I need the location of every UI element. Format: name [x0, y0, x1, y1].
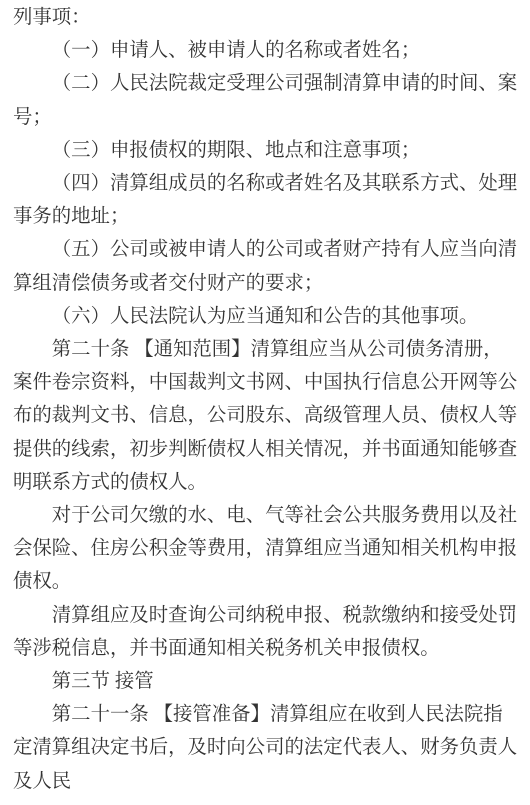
paragraph-article-21: 第二十一条 【接管准备】清算组应在收到人民法院指定清算组决定书后，及时向公司的法… — [13, 698, 519, 798]
paragraph-item-3: （三）申报债权的期限、地点和注意事项； — [13, 134, 519, 167]
document-body: 列事项： （一）申请人、被申请人的名称或者姓名； （二）人民法院裁定受理公司强制… — [13, 1, 519, 798]
paragraph-item-2: （二）人民法院裁定受理公司强制清算申请的时间、案号； — [13, 67, 519, 133]
section-heading-3: 第三节 接管 — [13, 665, 519, 698]
paragraph-item-1: （一）申请人、被申请人的名称或者姓名； — [13, 34, 519, 67]
paragraph-continuation: 列事项： — [13, 1, 519, 34]
document-page: 列事项： （一）申请人、被申请人的名称或者姓名； （二）人民法院裁定受理公司强制… — [0, 0, 530, 805]
paragraph-article-20: 第二十条 【通知范围】清算组应当从公司债务清册，案件卷宗资料，中国裁判文书网、中… — [13, 333, 519, 499]
paragraph-item-6: （六）人民法院认为应当通知和公告的其他事项。 — [13, 300, 519, 333]
paragraph-item-4: （四）清算组成员的名称或者姓名及其联系方式、处理事务的地址； — [13, 167, 519, 233]
paragraph-tax-claims: 清算组应及时查询公司纳税申报、税款缴纳和接受处罚等涉税信息，并书面通知相关税务机… — [13, 599, 519, 665]
paragraph-item-5: （五）公司或被申请人的公司或者财产持有人应当向清算组清偿债务或者交付财产的要求； — [13, 233, 519, 299]
paragraph-utilities-claims: 对于公司欠缴的水、电、气等社会公共服务费用以及社会保险、住房公积金等费用，清算组… — [13, 499, 519, 599]
